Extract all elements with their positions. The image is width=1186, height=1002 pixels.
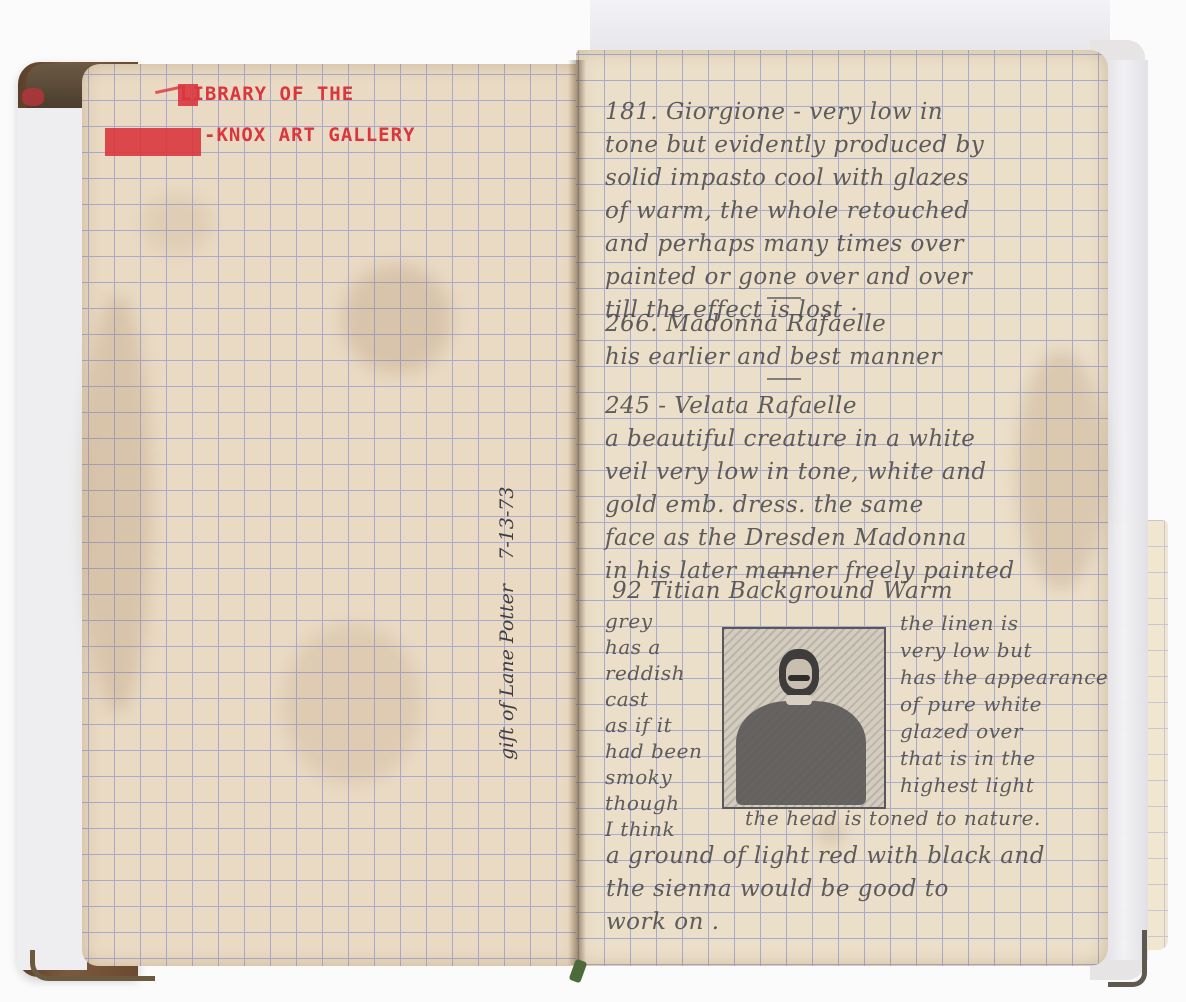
sketch-figure-mustache (788, 675, 810, 681)
stamp-line-1: LIBRARY OF THE (180, 83, 354, 105)
book-gutter (568, 60, 586, 965)
entry-92-after-sketch: the head is toned to nature. (745, 803, 1041, 833)
sketch-figure-face (786, 659, 812, 689)
water-stain (282, 624, 422, 784)
stamp-line-2: -KNOX ART GALLERY (204, 124, 415, 146)
pencil-sketch-portrait (722, 627, 886, 809)
sketch-figure-collar (786, 695, 812, 705)
entry-92-left-column: grey has a reddish cast as if it had bee… (605, 608, 702, 842)
inscription-date: 7-13-73 (496, 487, 518, 560)
entry-181: 181. Giorgione - very low in tone but ev… (605, 96, 984, 327)
stamp-redaction (105, 128, 201, 156)
separator-rule (770, 572, 800, 574)
entry-92-right-column: the linen is very low but has the appear… (900, 610, 1108, 799)
entry-92-closing: a ground of light red with black and the… (606, 840, 1045, 939)
flyleaf (17, 108, 87, 970)
entry-245: 245 - Velata Rafaelle a beautiful creatu… (605, 390, 1015, 588)
water-stain (342, 264, 452, 374)
water-stain (1016, 350, 1106, 590)
water-stain (142, 194, 212, 254)
separator-rule (767, 297, 801, 299)
entry-92-heading: 92 Titian Background Warm (612, 575, 953, 608)
water-stain (82, 294, 152, 714)
sketch-figure-body (736, 701, 866, 805)
metal-clasp (1108, 930, 1147, 987)
separator-rule (767, 378, 801, 380)
gift-inscription: gift of Lane Potter 7-13-73 (496, 487, 518, 760)
entry-266: 266. Madonna Rafaelle his earlier and be… (605, 308, 942, 374)
red-ink-smudge (22, 88, 44, 106)
